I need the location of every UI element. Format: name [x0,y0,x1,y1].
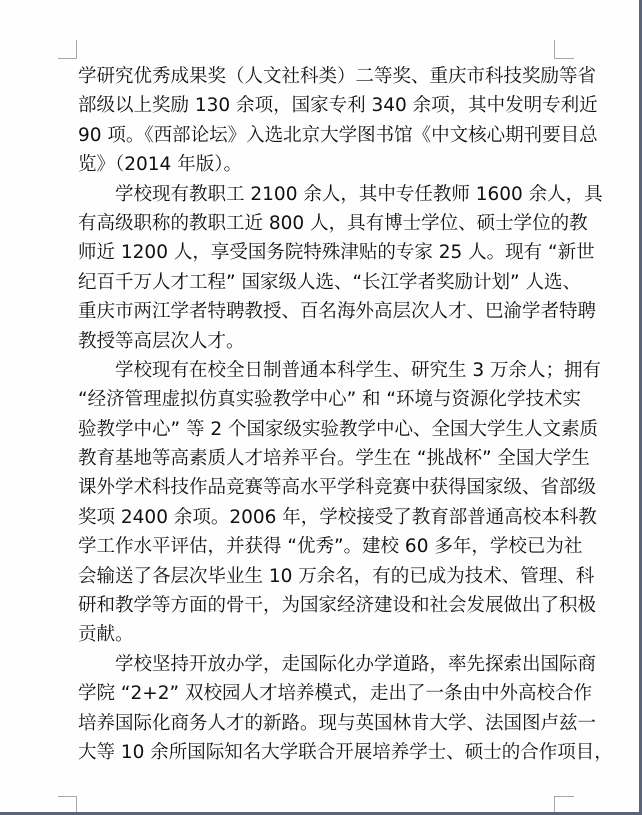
text-line: 研和教学等方面的骨干，为国家经济建设和社会发展做出了积极 [78,591,563,620]
paragraph-faculty[interactable]: 学校现有教职工 2100 余人，其中专任教师 1600 余人，具 有高级职称的教… [78,180,563,356]
text-line: 学院 “2+2” 双校园人才培养模式，走出了一条由中外高校合作 [78,679,563,708]
paragraph-international[interactable]: 学校坚持开放办学，走国际化办学道路，率先探索出国际商 学院 “2+2” 双校园人… [78,650,563,768]
text-line: “经济管理虚拟仿真实验教学中心” 和 “环境与资源化学技术实 [78,385,563,414]
text-line: 纪百千万人才工程” 国家级人选、“长江学者奖励计划” 人选、 [78,268,563,297]
bottom-left-margin-mark [58,796,77,813]
text-line: 90 项。《西部论坛》入选北京大学图书馆《中文核心期刊要目总 [78,121,563,150]
text-line: 会输送了各层次毕业生 10 万余名，有的已成为技术、管理、科 [78,562,563,591]
paragraph-students[interactable]: 学校现有在校全日制普通本科学生、研究生 3 万余人；拥有 “经济管理虚拟仿真实验… [78,356,563,650]
text-line: 师近 1200 人，享受国务院特殊津贴的专家 25 人。现有 “新世 [78,238,563,267]
bottom-right-margin-mark [554,796,574,813]
text-line: 重庆市两江学者特聘教授、百名海外高层次人才、巴渝学者特聘 [78,297,563,326]
text-line: 课外学术科技作品竞赛等高水平学科竞赛中获得国家级、省部级 [78,473,563,502]
text-line: 奖项 2400 余项。2006 年，学校接受了教育部普通高校本科教 [78,503,563,532]
text-line: 学校坚持开放办学，走国际化办学道路，率先探索出国际商 [78,650,563,679]
text-line: 览》（2014 年版）。 [78,150,563,179]
text-line: 部级以上奖励 130 余项，国家专利 340 余项，其中发明专利近 [78,91,563,120]
top-left-margin-mark [58,40,77,59]
text-line: 大等 10 余所国际知名大学联合开展培养学士、硕士的合作项目， [78,738,563,767]
text-line: 有高级职称的教职工近 800 人，具有博士学位、硕士学位的教 [78,209,563,238]
document-page[interactable]: 学研究优秀成果奖（人文社科类）二等奖、重庆市科技奖励等省 部级以上奖励 130 … [0,0,639,812]
text-line: 教授等高层次人才。 [78,327,563,356]
text-line: 学校现有教职工 2100 余人，其中专任教师 1600 余人，具 [78,180,563,209]
text-line: 学研究优秀成果奖（人文社科类）二等奖、重庆市科技奖励等省 [78,62,563,91]
text-line: 教育基地等高素质人才培养平台。学生在 “挑战杯” 全国大学生 [78,444,563,473]
text-line: 培养国际化商务人才的新路。现与英国林肯大学、法国图卢兹一 [78,709,563,738]
top-right-margin-mark [554,40,574,59]
paragraph-awards[interactable]: 学研究优秀成果奖（人文社科类）二等奖、重庆市科技奖励等省 部级以上奖励 130 … [78,62,563,180]
text-line: 学工作水平评估，并获得 “优秀”。建校 60 多年，学校已为社 [78,532,563,561]
text-line: 验教学中心” 等 2 个国家级实验教学中心、全国大学生人文素质 [78,415,563,444]
text-line: 贡献。 [78,620,563,649]
text-line: 学校现有在校全日制普通本科学生、研究生 3 万余人；拥有 [78,356,563,385]
document-body[interactable]: 学研究优秀成果奖（人文社科类）二等奖、重庆市科技奖励等省 部级以上奖励 130 … [78,62,563,767]
